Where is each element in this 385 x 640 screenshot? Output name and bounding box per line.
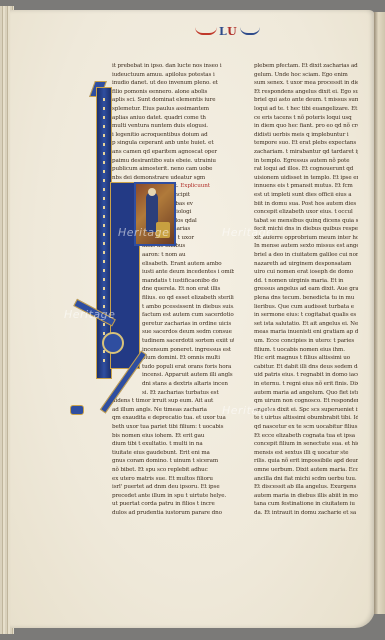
text-line: in diem quo hec fiant. pro eo qd nõ cre [254,122,358,131]
text-line: meas maria inuenisti eni gratiam ap de [254,328,358,337]
text-line: da. Et intrauit in domu zacharie et sa [254,509,358,518]
text-line: Et ecce elizabeth cognata tua et ipsa [254,432,358,441]
text-line: ut puertat corda patru in filios t incre [112,500,234,509]
text-line: geretur zacharias in ordine uicis [142,320,234,329]
text-line: it prebebat in ipso. dan lucte nos inseo… [112,62,234,71]
text-line: est ut impleti sunt dies officii eius a [254,191,358,200]
text-line: qd nascetur ex te scm uocabitur filius d… [254,423,358,432]
text-line: loqui ad te. t hec tibi euangelizare. Et… [254,105,358,114]
text-line: tempore suo. Et erat plebs expectans [254,139,358,148]
text-line: concepit elizabeth uxor eius. t occul [254,208,358,217]
text-line: um. Ecce concipies in utero: t paries [254,337,358,346]
text-line: factum est autem cum sacerdotio fun [142,311,234,320]
text-line: sum senex. t uxor mea processit in diebu… [254,79,358,88]
text-line: zachariam. t mirabantur qd tardaret ipse [254,148,358,157]
page-edge-right [374,12,385,614]
text-line: in templo. Egressus autem nõ pote [254,157,358,166]
text-line: tana cum festinatione in ciuitatem iu [254,500,358,509]
text-line: gnus coram domino. t uinum t siceram [112,457,234,466]
text-line: in sermone eius: t cogitabat qualis es [254,311,358,320]
text-line: gressus angelus ad eam dixit. Aue gratia [254,285,358,294]
text-line: dulos ad prudentia iustorum parare dno [112,509,234,518]
watermark: Heritage [222,404,273,417]
text-line: filius. eo qd esset elizabeth sterilis. [142,294,234,303]
text-line: gelum. Unde hoc sciam. Ego enim [254,71,358,80]
text-line: iudeuctuum amuu. apilolus potestas i [112,71,234,80]
illuminated-initial [72,87,132,422]
text-line: tabat se mensibus quinq dicens quia sic [254,217,358,226]
text-line: uisionem uidisset in templo. Et ipse era… [254,174,358,183]
text-line: filium. t uocabis nomen eius ihm. [254,346,358,355]
initial-foot-icon [70,405,84,415]
rubric-text: Explicuunt [180,183,210,189]
text-line: incensum poneret. ingressus est [142,346,234,355]
text-line: tudinem sacerdotii sortem exiit ut [142,337,234,346]
red-flourish-icon [195,27,217,35]
text-line: Et respondens angelus dixit ei. Ego sum … [254,88,358,97]
text-line: elisabeth. Erant autem ambo [142,260,234,269]
text-line: tiuitate eius gaudebunt. Erit eni ma [112,449,234,458]
text-line: sue sacerdos deum sedm consue [142,328,234,337]
text-line: set ista salutatio. Et ait angelus ei. N… [254,320,358,329]
text-line: briel qui asto ante deum. t missus sum [254,96,358,105]
watermark: Heritage [64,308,115,321]
right-column: plebem pfectam. Et dixit zacharias ad ag… [254,62,358,517]
text-line: lieribus. Que cum audisset turbata e [254,303,358,312]
text-line: rilis. quia nõ erit impossibile apd deum [254,457,358,466]
text-line: bis nomen eius iohem. Et erit gau [112,432,234,441]
text-line: rat loqui ad illos. Et cognouerunt qd [254,165,358,174]
text-line: dne querela. Et non erat illis [142,285,234,294]
text-line: uiro cui nomen erat ioseph de domo [254,268,358,277]
running-head-letter-l: L [219,25,227,38]
text-line: in eternu. t regni eius nõ erit finis. D… [254,380,358,389]
text-line: nazareth ad uirginem desponsatam [254,260,358,269]
running-head-letters: LU [219,25,238,38]
text-line: tudo populi erat orans foris hora [142,363,234,372]
text-line: ex utero matris sue. Et multos filioru [112,475,234,484]
text-line: cabitur. Et dabit illi dns deus sedem da [254,363,358,372]
medallion-icon [102,332,124,354]
text-line: uid patris eius. t regnabit in domo iaco… [254,371,358,380]
text-line: precedet ante illum in spu t uirtute hel… [112,492,234,501]
text-line: Hic erit magnus t filius altissimi uo [254,354,358,363]
text-line: incensi. Apparuit autem illi angls [142,371,234,380]
text-line: ce eris tacens t nõ poteris loqui usq [254,114,358,123]
text-line: omne uerbum. Dixit autem maria. Ecce [254,466,358,475]
text-line: briel a deo in ciuitatem galilee cui nom [254,251,358,260]
text-line: plum domini. Et omnis multi [142,354,234,363]
running-head-letter-u: U [227,25,238,38]
text-line: si. Et zacharias turbatus est [142,389,234,398]
text-line: mensis est sextus illi q uocatur ste [254,449,358,458]
text-line: autem maria in diebus illis abiit in mon [254,492,358,501]
text-line: innuens eis t pmansit mutus. Et fcm [254,182,358,191]
watermark: Heritage [118,226,169,239]
text-line: didisti uerbis meis q implebuntur i [254,131,358,140]
text-line: t ambo pcessissent in diebus suis. [142,303,234,312]
text-line: iusti ante deum incedentes i omibo [142,268,234,277]
text-line: isrl' puertet ad dnm deu ipsoru. Et ipse [112,483,234,492]
text-line: biit in domu sua. Post hos autem dies [254,200,358,209]
text-line: In mense autem sexto missus est angelus … [254,242,358,251]
blue-flourish-icon [240,27,260,35]
text-line: nõ bibet. Et spu sco replebit adhuc [112,466,234,475]
figure-head-icon [148,188,156,196]
text-line: ancilla dni fiat michi scdm uerbu tuu. [254,475,358,484]
text-line: autem maria ad angelum. Quo fiet istud [254,389,358,398]
text-line: Et discessit ab illa angelus. Exurgens [254,483,358,492]
text-line: dni stans a dextris altaris incen [142,380,234,389]
text-line: mandatis t iustificaonibo do [142,277,234,286]
watermark: Heritage [222,226,273,239]
text-line: plebem pfectam. Et dixit zacharias ad a [254,62,358,71]
text-line: plena dns tecum. benedicta tu in mu [254,294,358,303]
text-line: aaron: t nom au [142,251,234,260]
text-line: dium tibi t exultatio. t multi in na [112,440,234,449]
text-line: dd. t nomen uirginis maria. Et in [254,277,358,286]
text-line: concepit filium in senectute sua. et hic [254,440,358,449]
text-line: beth uxor tua pariet tibi filium: t uoca… [112,423,234,432]
running-head: LU [195,24,285,38]
